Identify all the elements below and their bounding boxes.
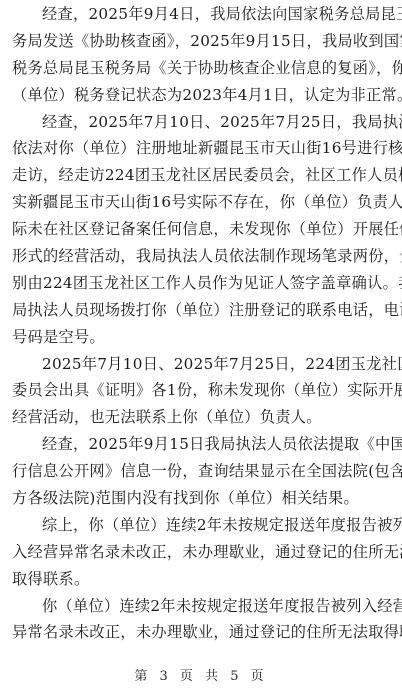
- text-line: 经查，2025年7月10日、2025年7月25日，我局执法人员: [12, 109, 380, 136]
- text-line: 经营活动，也无法联系上你（单位）负责人。: [12, 404, 380, 431]
- text-line: 别由224团玉龙社区工作人员作为见证人签字盖章确认。我: [12, 270, 380, 297]
- text-line: 号码是空号。: [12, 324, 380, 351]
- text-line: 方各级法院)范围内没有找到你（单位）相关结果。: [12, 485, 380, 512]
- text-line: 实新疆昆玉市天山街16号实际不存在，你（单位）负责人实: [12, 189, 380, 216]
- text-line: 行信息公开网》信息一份，查询结果显示在全国法院(包含地: [12, 458, 380, 485]
- text-line: 税务总局昆玉税务局《关于协助核查企业信息的复函》，你: [12, 55, 380, 82]
- page-number-footer: 第 3 页 共 5 页: [0, 665, 402, 684]
- text-line: 走访，经走访224团玉龙社区居民委员会，社区工作人员核: [12, 162, 380, 189]
- text-line: 经查，2025年9月15日我局执法人员依法提取《中国执: [12, 431, 380, 458]
- text-line: 取得联系。: [12, 566, 380, 593]
- text-line: 入经营异常名录未改正，未办理歇业，通过登记的住所无法: [12, 539, 380, 566]
- text-line: 2025年7月10日、2025年7月25日，224团玉龙社区居民: [12, 351, 380, 378]
- text-line: 形式的经营活动，我局执法人员依法制作现场笔录两份，分: [12, 243, 380, 270]
- text-line: 经查，2025年9月4日，我局依法向国家税务总局昆玉税: [12, 1, 380, 28]
- text-line: 局执法人员现场拨打你（单位）注册登记的联系电话，电话: [12, 297, 380, 324]
- text-line: 际未在社区登记备案任何信息，未发现你（单位）开展任何: [12, 216, 380, 243]
- document-body: 经查，2025年9月4日，我局依法向国家税务总局昆玉税 务局发送《协助核查函》，…: [12, 1, 380, 646]
- text-line: 务局发送《协助核查函》，2025年9月15日，我局收到国家: [12, 28, 380, 55]
- text-line: 依法对你（单位）注册地址新疆昆玉市天山街16号进行核查: [12, 135, 380, 162]
- text-line: 异常名录未改正，未办理歇业，通过登记的住所无法取得联: [12, 619, 380, 646]
- text-line: （单位）税务登记状态为2023年4月1日，认定为非正常。: [12, 82, 380, 109]
- text-line: 委员会出具《证明》各1份，称未发现你（单位）实际开展: [12, 377, 380, 404]
- text-line: 综上，你（单位）连续2年未按规定报送年度报告被列: [12, 512, 380, 539]
- text-line: 你（单位）连续2年未按规定报送年度报告被列入经营: [12, 593, 380, 620]
